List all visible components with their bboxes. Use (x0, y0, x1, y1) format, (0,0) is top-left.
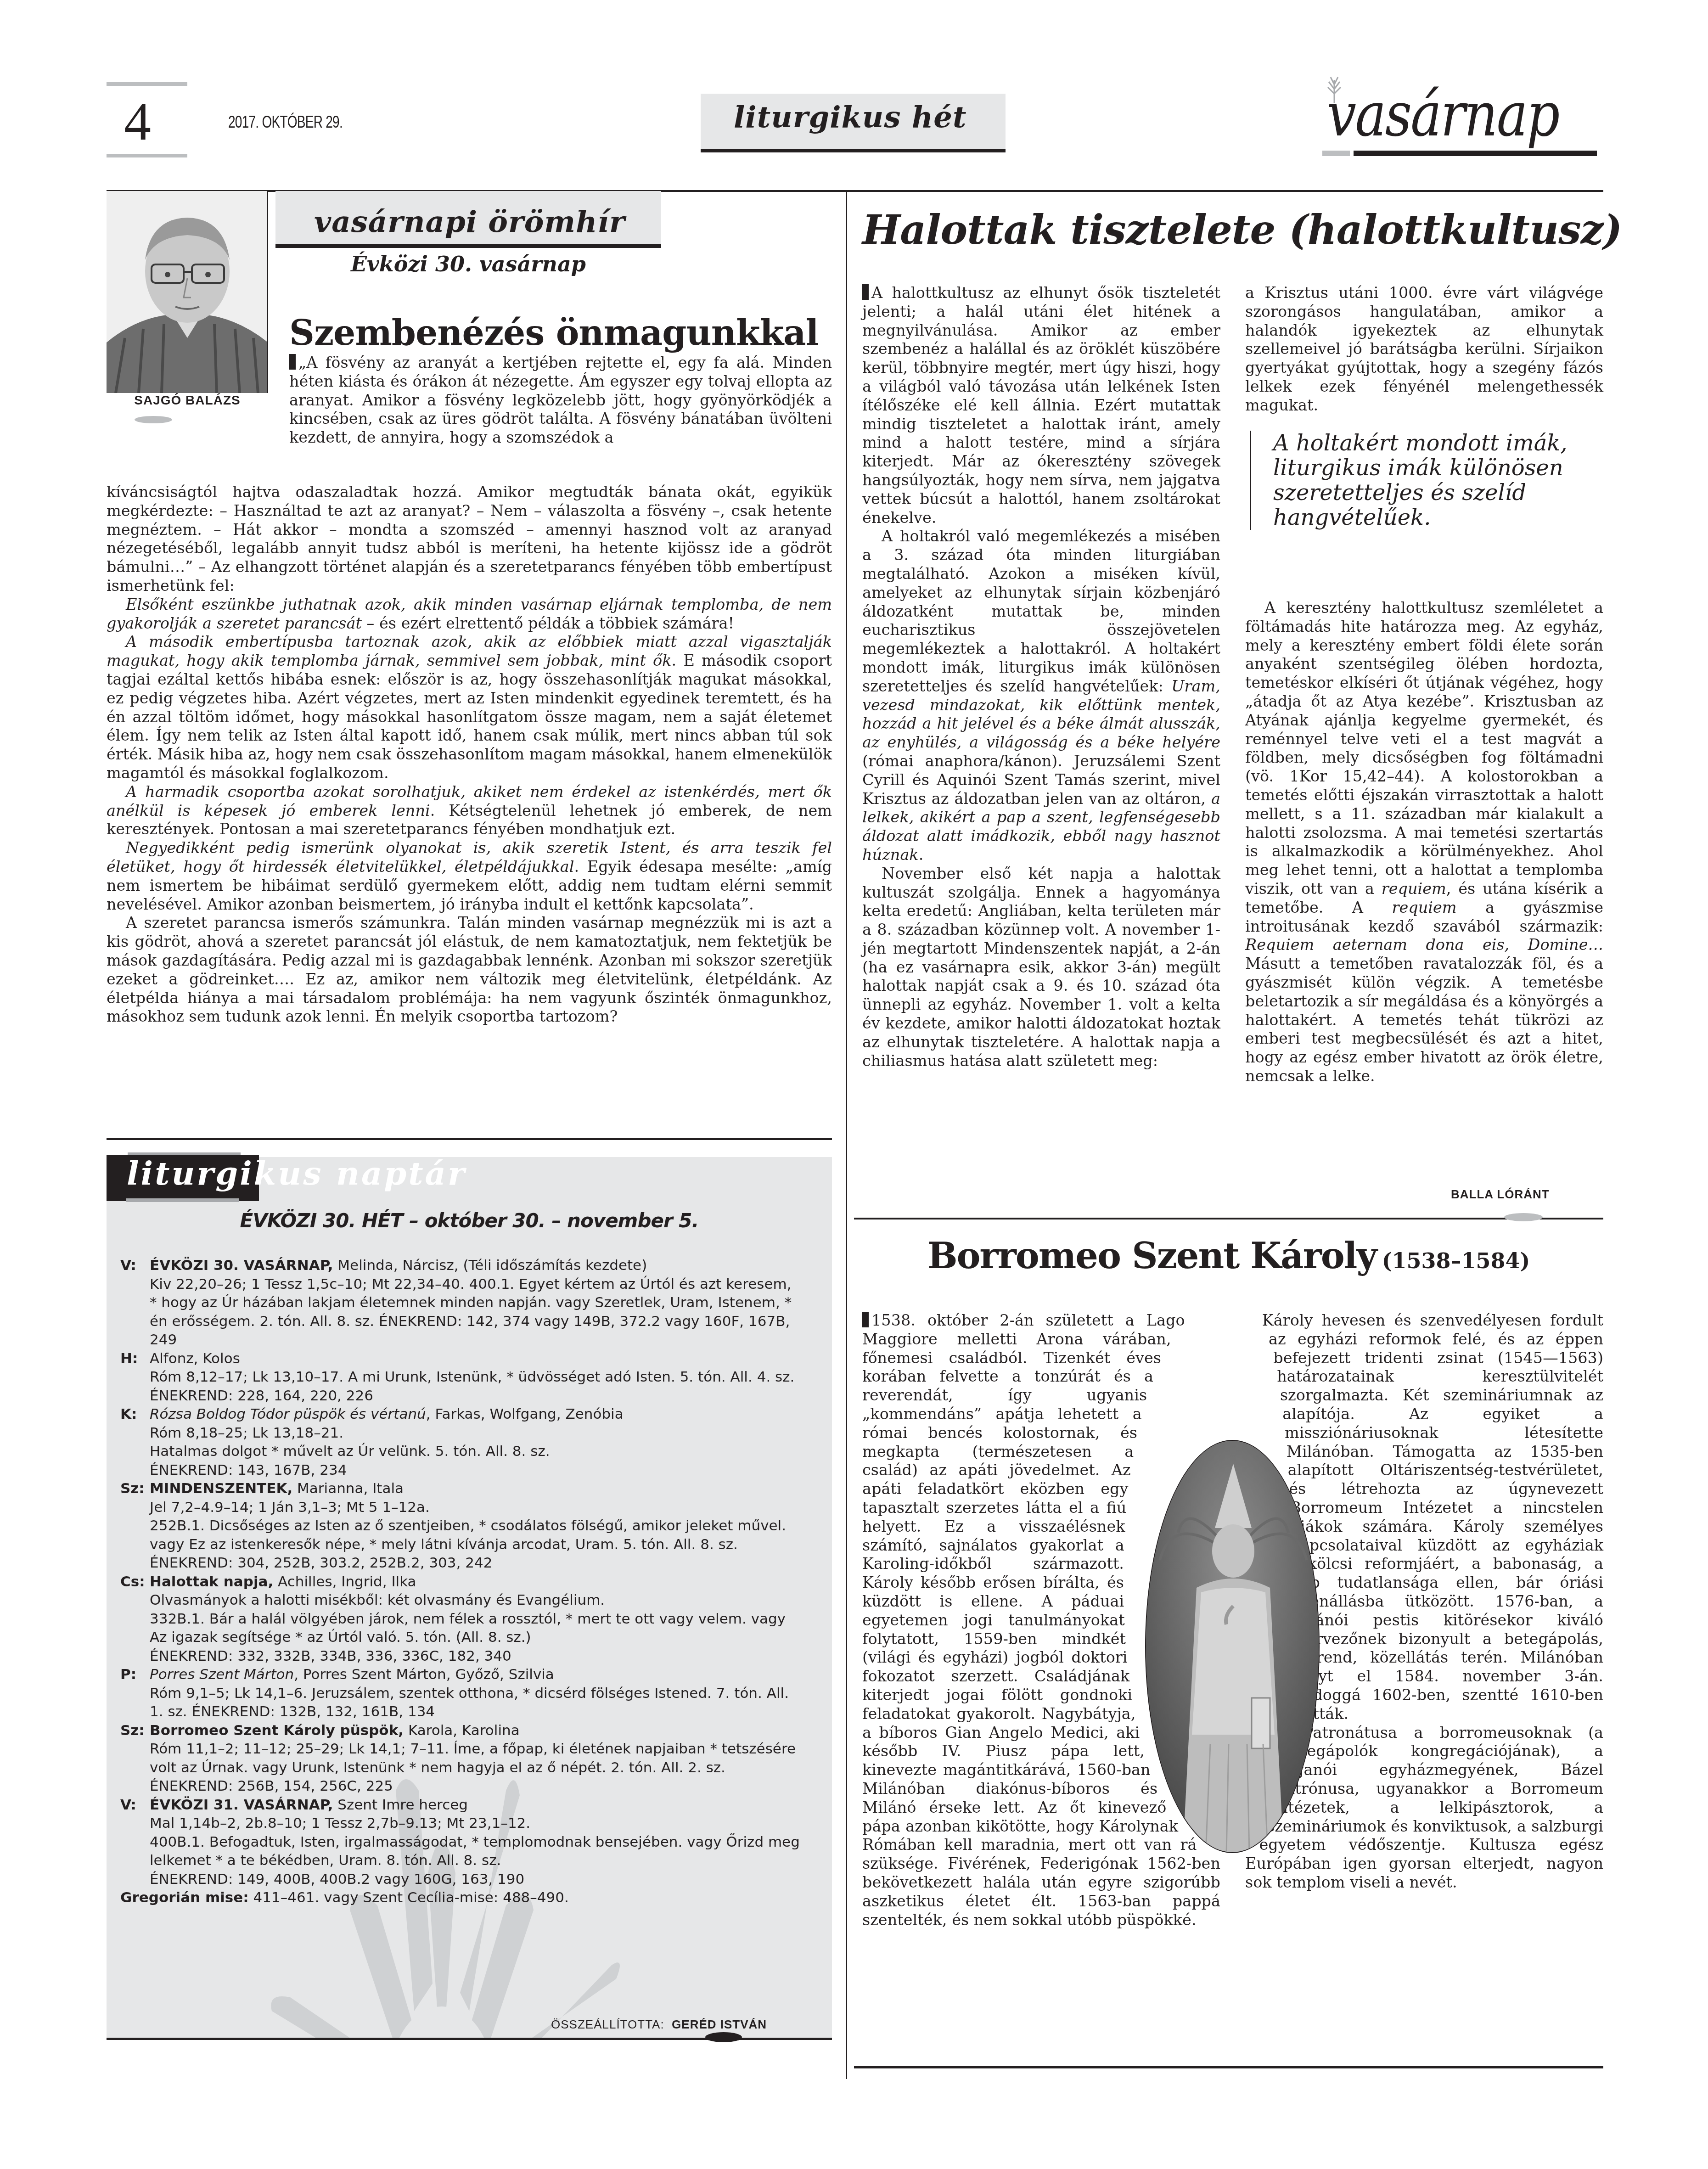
author-portrait-image (107, 191, 268, 393)
entry-day: Sz: (120, 1479, 150, 1573)
article-column: a Krisztus utáni 1000. évre várt világvé… (1245, 284, 1603, 415)
section-divider (854, 1218, 1603, 1219)
calendar-title: liturgikus naptár (127, 1154, 466, 1192)
entry-day: H: (120, 1349, 150, 1405)
column-kicker-text: vasárnapi örömhír (314, 205, 625, 239)
entry-day: K: (120, 1405, 150, 1479)
section-label: liturgikus hét (701, 94, 1006, 152)
article-column: A keresztény halottkultusz szemléletet a… (1245, 599, 1603, 1086)
credit-ornament (705, 2032, 742, 2042)
article-body: kíváncsiságtól hajtva odaszaladtak hozzá… (107, 483, 832, 1026)
calendar-entry: V: ÉVKÖZI 30. VASÁRNAP, Melinda, Nárcisz… (120, 1256, 800, 1349)
calendar-week: ÉVKÖZI 30. HÉT – október 30. – november … (107, 1209, 832, 1232)
gregorian-mass: Gregorián mise: 411–461. vagy Szent Cecí… (120, 1888, 800, 1907)
masthead-logo-text: vasárnap (1327, 83, 1559, 147)
entry-day: V: (120, 1796, 150, 1889)
calendar-entry: Cs: Halottak napja, Achilles, Ingrid, Il… (120, 1573, 800, 1666)
article-intro: „A fösvény az aranyát a kertjében rejtet… (289, 354, 832, 447)
author-byline: BALLA LÓRÁNT (1451, 1187, 1550, 1202)
paragraph: A szeretet parancsa ismerős számunkra. T… (107, 914, 832, 1026)
section-divider (107, 1138, 832, 1140)
headline-years: (1538–1584) (1382, 1248, 1530, 1273)
author-byline: SAJGÓ BALÁZS (107, 393, 268, 408)
page-number-bar-top (107, 82, 187, 86)
page-bottom-rule (854, 2066, 1603, 2068)
calendar-list: V: ÉVKÖZI 30. VASÁRNAP, Melinda, Nárcisz… (120, 1256, 800, 1907)
statue-image (1146, 1441, 1320, 1853)
calendar-entry: V: ÉVKÖZI 31. VASÁRNAP, Szent Imre herce… (120, 1796, 800, 1889)
calendar-entry: H: Alfonz, KolosRóm 8,12–17; Lk 13,10–17… (120, 1349, 800, 1405)
calendar-tab-accent (126, 1198, 239, 1202)
entry-day: V: (120, 1256, 150, 1349)
entry-day: P: (120, 1665, 150, 1721)
paragraph-marker (289, 354, 296, 370)
paragraph: A második embertípusba tartoznak azok, a… (107, 633, 832, 782)
paragraph: a Krisztus utáni 1000. évre várt világvé… (1245, 284, 1603, 415)
paragraph-marker (862, 1312, 869, 1327)
author-photo (107, 191, 268, 393)
paragraph: Negyedikként pedig ismerünk olyanokat is… (107, 839, 832, 914)
calendar-entry: K: Rózsa Boldog Tódor püspök és vértanú,… (120, 1405, 800, 1479)
article-headline: Halottak tisztelete (halottkultusz) (862, 206, 1622, 253)
paragraph: A harmadik csoportba azokat sorolhatjuk,… (107, 783, 832, 839)
byline-ornament (1504, 1213, 1543, 1221)
paragraph: A keresztény halottkultusz szemléletet a… (1245, 599, 1603, 1086)
page-number: 4 (124, 94, 151, 149)
article-headline: Borromeo Szent Károly(1538–1584) (854, 1235, 1603, 1277)
entry-day: Cs: (120, 1573, 150, 1666)
headline-name: Borromeo Szent Károly (927, 1235, 1377, 1277)
paragraph: November első két napja a halottak kultu… (862, 865, 1220, 1071)
paragraph: Elsőként eszünkbe juthatnak azok, akik m… (107, 596, 832, 633)
liturgical-day: Évközi 30. vasárnap (275, 252, 661, 276)
paragraph: A holtakról való megemlékezés a misében … (862, 527, 1220, 864)
saint-statue-photo (1145, 1440, 1320, 1853)
paragraph-marker (862, 284, 869, 300)
entry-day: Sz: (120, 1721, 150, 1796)
masthead-bar-gray (1322, 151, 1350, 156)
byline-ornament (135, 416, 172, 423)
pull-quote: A holtakért mondott imák, liturgikus imá… (1250, 431, 1599, 530)
intro-text: „A fösvény az aranyát a kertjében rejtet… (289, 354, 832, 446)
calendar-credit: ÖSSZEÁLLÍTOTTA: GERÉD ISTVÁN (551, 2017, 767, 2032)
section-label-text: liturgikus hét (734, 100, 967, 135)
paragraph: kíváncsiságtól hajtva odaszaladtak hozzá… (107, 483, 832, 596)
column-divider (846, 191, 847, 2079)
calendar-entry: P: Porres Szent Márton, Porres Szent Már… (120, 1665, 800, 1721)
article-column: A halottkultusz az elhunyt ősök tisztele… (862, 284, 1220, 1070)
page-number-bar-bottom (107, 154, 187, 157)
calendar-entry: Sz: MINDENSZENTEK, Marianna, ItalaJel 7,… (120, 1479, 800, 1573)
issue-date: 2017. OKTÓBER 29. (228, 112, 343, 132)
masthead-logo: vasárnap (1322, 83, 1598, 156)
calendar-entry: Sz: Borromeo Szent Károly püspök, Karola… (120, 1721, 800, 1796)
masthead-bar-black (1354, 151, 1597, 156)
article-headline: Szembenézés önmagunkkal (289, 312, 818, 353)
column-kicker: vasárnapi örömhír (275, 191, 661, 248)
